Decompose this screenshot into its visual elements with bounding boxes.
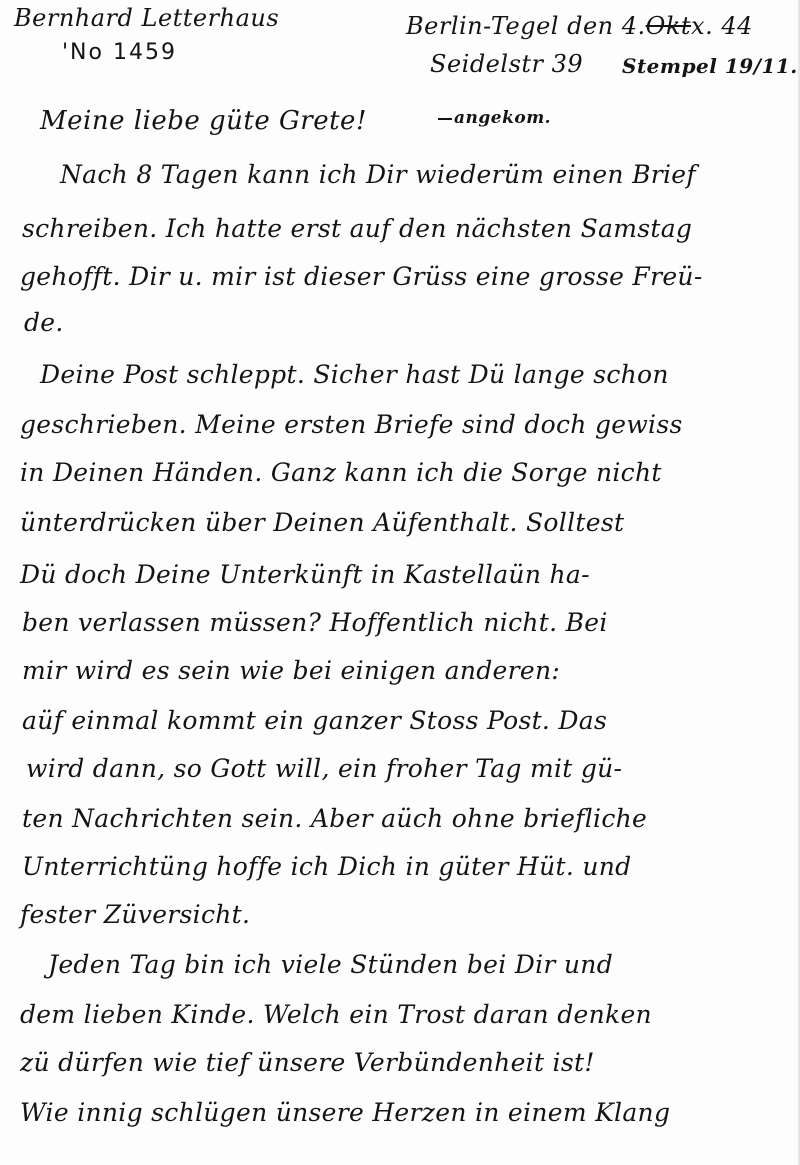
- letter-line: Dü doch Deine Unterkünft in Kastellaün h…: [20, 560, 590, 589]
- letter-line: de.: [24, 308, 64, 337]
- letter-line: ben verlassen müssen? Hoffentlich nicht.…: [22, 608, 608, 637]
- letter-line: in Deinen Händen. Ganz kann ich die Sorg…: [20, 458, 662, 487]
- letter-line: Deine Post schleppt. Sicher hast Dü lang…: [40, 360, 669, 389]
- letter-line: Unterrichtüng hoffe ich Dich in güter Hü…: [22, 852, 631, 881]
- letter-line: schreiben. Ich hatte erst auf den nächst…: [22, 214, 692, 243]
- letter-line: dem lieben Kinde. Welch ein Trost daran …: [20, 1000, 652, 1029]
- letter-line: mir wird es sein wie bei einigen anderen…: [22, 656, 560, 685]
- letter-line: Nach 8 Tagen kann ich Dir wiederüm einen…: [60, 160, 696, 189]
- letter-line: ünterdrücken über Deinen Aüfenthalt. Sol…: [20, 508, 624, 537]
- letter-line: Wie innig schlügen ünsere Herzen in eine…: [20, 1098, 670, 1127]
- letter-line: ten Nachrichten sein. Aber aüch ohne bri…: [22, 804, 647, 833]
- letter-line: gehofft. Dir u. mir ist dieser Grüss ein…: [20, 262, 703, 291]
- letter-line: fester Züversicht.: [20, 900, 250, 929]
- letter-line: geschrieben. Meine ersten Briefe sind do…: [20, 410, 683, 439]
- letter-line: wird dann, so Gott will, ein froher Tag …: [26, 754, 622, 783]
- letter-line: aüf einmal kommt ein ganzer Stoss Post. …: [22, 706, 607, 735]
- letter-body: Nach 8 Tagen kann ich Dir wiederüm einen…: [0, 0, 800, 1165]
- letter-line: zü dürfen wie tief ünsere Verbündenheit …: [20, 1048, 595, 1077]
- letter-line: Jeden Tag bin ich viele Stünden bei Dir …: [48, 950, 613, 979]
- letter-page: Bernhard Letterhaus 'No 1459 Berlin-Tege…: [0, 0, 800, 1165]
